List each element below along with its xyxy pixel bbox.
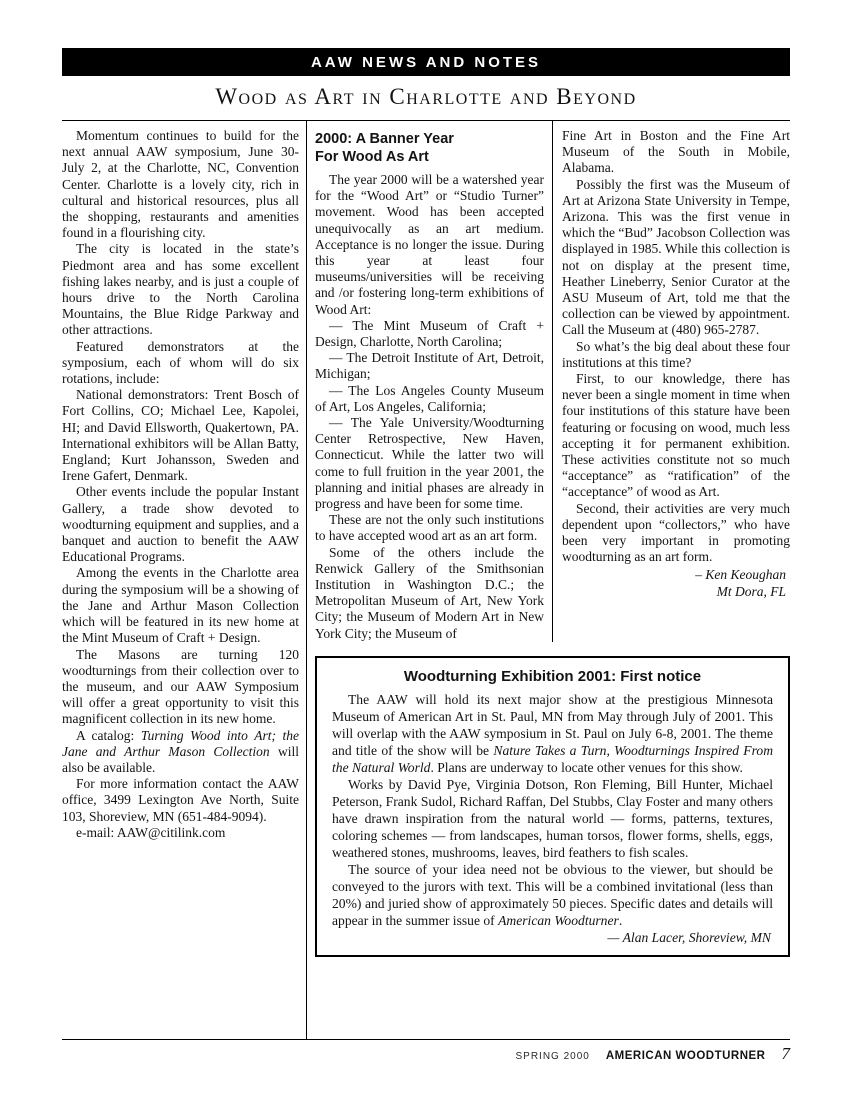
signature-block: – Ken Keoughan Mt Dora, FL <box>562 567 790 600</box>
signature-location: Mt Dora, FL <box>562 584 786 601</box>
text-run: Among the events in the Charlotte area d… <box>62 565 299 645</box>
middle-column-text: The year 2000 will be a watershed year f… <box>315 172 544 642</box>
paragraph: These are not the only such institutions… <box>315 512 544 544</box>
paragraph: Fine Art in Boston and the Fine Art Muse… <box>562 128 790 177</box>
section-banner-label: AAW NEWS AND NOTES <box>311 54 541 71</box>
text-run: Featured demonstrators at the symposium,… <box>62 339 299 386</box>
paragraph: — The Yale University/Woodturning Center… <box>315 415 544 512</box>
paragraph: The city is located in the state’s Piedm… <box>62 241 299 338</box>
text-run: National demonstrators: Trent Bosch of F… <box>62 387 299 483</box>
paragraph: First, to our knowledge, there has never… <box>562 371 790 501</box>
paragraph: So what’s the big deal about these four … <box>562 339 790 371</box>
text-run: — The Yale University/Woodturning Center… <box>315 415 544 511</box>
text-run: So what’s the big deal about these four … <box>562 339 790 370</box>
page-footer: SPRING 2000 AMERICAN WOODTURNER 7 <box>62 1039 790 1064</box>
text-run: Works by David Pye, Virginia Dotson, Ron… <box>332 777 773 860</box>
text-run: — The Detroit Institute of Art, Detroit,… <box>315 350 544 381</box>
page-title: Wood as Art in Charlotte and Beyond <box>62 84 790 110</box>
text-run: Fine Art in Boston and the Fine Art Muse… <box>562 128 790 175</box>
paragraph: The source of your idea need not be obvi… <box>332 861 773 929</box>
two-columns: 2000: A Banner Year For Wood As Art The … <box>315 121 790 642</box>
paragraph: For more information contact the AAW off… <box>62 776 299 825</box>
paragraph: Second, their activities are very much d… <box>562 501 790 566</box>
text-run: — The Mint Museum of Craft + Design, Cha… <box>315 318 544 349</box>
paragraph: The year 2000 will be a watershed year f… <box>315 172 544 318</box>
paragraph: Some of the others include the Renwick G… <box>315 545 544 642</box>
right-area: 2000: A Banner Year For Wood As Art The … <box>307 121 790 1039</box>
paragraph: — The Los Angeles County Museum of Art, … <box>315 383 544 415</box>
text-run: The Masons are turning 120 woodturnings … <box>62 647 299 727</box>
text-run: For more information contact the AAW off… <box>62 776 299 823</box>
text-run: e-mail: AAW@citilink.com <box>76 825 225 840</box>
heading-line-1: 2000: A Banner Year <box>315 130 544 148</box>
text-run: The year 2000 will be a watershed year f… <box>315 172 544 317</box>
paragraph: A catalog: Turning Wood into Art; the Ja… <box>62 728 299 777</box>
text-run: Some of the others include the Renwick G… <box>315 545 544 641</box>
notice-box-title: Woodturning Exhibition 2001: First notic… <box>332 668 773 685</box>
section-banner: AAW NEWS AND NOTES <box>62 48 790 76</box>
paragraph: — The Detroit Institute of Art, Detroit,… <box>315 350 544 382</box>
italic-text: American Woodturner <box>498 913 619 928</box>
paragraph: The AAW will hold its next major show at… <box>332 691 773 776</box>
text-run: — The Los Angeles County Museum of Art, … <box>315 383 544 414</box>
text-run: These are not the only such institutions… <box>315 512 544 543</box>
right-column-text: Fine Art in Boston and the Fine Art Muse… <box>562 128 790 565</box>
text-run: Possibly the first was the Museum of Art… <box>562 177 790 338</box>
notice-box-signature: — Alan Lacer, Shoreview, MN <box>332 929 773 946</box>
footer-page-number: 7 <box>782 1044 791 1064</box>
paragraph: Among the events in the Charlotte area d… <box>62 565 299 646</box>
text-run: Momentum continues to build for the next… <box>62 128 299 240</box>
paragraph: Works by David Pye, Virginia Dotson, Ron… <box>332 776 773 861</box>
paragraph: The Masons are turning 120 woodturnings … <box>62 647 299 728</box>
footer-issue: SPRING 2000 <box>515 1051 589 1062</box>
middle-column: 2000: A Banner Year For Wood As Art The … <box>315 121 553 642</box>
left-column: Momentum continues to build for the next… <box>62 121 307 1039</box>
text-run: . Plans are underway to locate other ven… <box>430 760 742 775</box>
paragraph: Possibly the first was the Museum of Art… <box>562 177 790 339</box>
text-run: Other events include the popular Instant… <box>62 484 299 564</box>
footer-publication: AMERICAN WOODTURNER <box>606 1050 766 1062</box>
paragraph: e-mail: AAW@citilink.com <box>62 825 299 841</box>
paragraph: Other events include the popular Instant… <box>62 484 299 565</box>
text-run: A catalog: <box>76 728 141 743</box>
magazine-page: AAW NEWS AND NOTES Wood as Art in Charlo… <box>0 0 850 1100</box>
paragraph: Momentum continues to build for the next… <box>62 128 299 241</box>
right-column: Fine Art in Boston and the Fine Art Muse… <box>553 121 790 642</box>
paragraph: Featured demonstrators at the symposium,… <box>62 339 299 388</box>
text-run: Second, their activities are very much d… <box>562 501 790 565</box>
notice-box-text: The AAW will hold its next major show at… <box>332 691 773 929</box>
paragraph: National demonstrators: Trent Bosch of F… <box>62 387 299 484</box>
heading-line-2: For Wood As Art <box>315 148 544 166</box>
paragraph: — The Mint Museum of Craft + Design, Cha… <box>315 318 544 350</box>
signature-author: – Ken Keoughan <box>562 567 786 584</box>
text-run: First, to our knowledge, there has never… <box>562 371 790 499</box>
notice-box: Woodturning Exhibition 2001: First notic… <box>315 656 790 957</box>
middle-column-heading: 2000: A Banner Year For Wood As Art <box>315 130 544 166</box>
text-run: . <box>619 913 622 928</box>
text-run: The city is located in the state’s Piedm… <box>62 241 299 337</box>
article-columns: Momentum continues to build for the next… <box>62 120 790 1039</box>
